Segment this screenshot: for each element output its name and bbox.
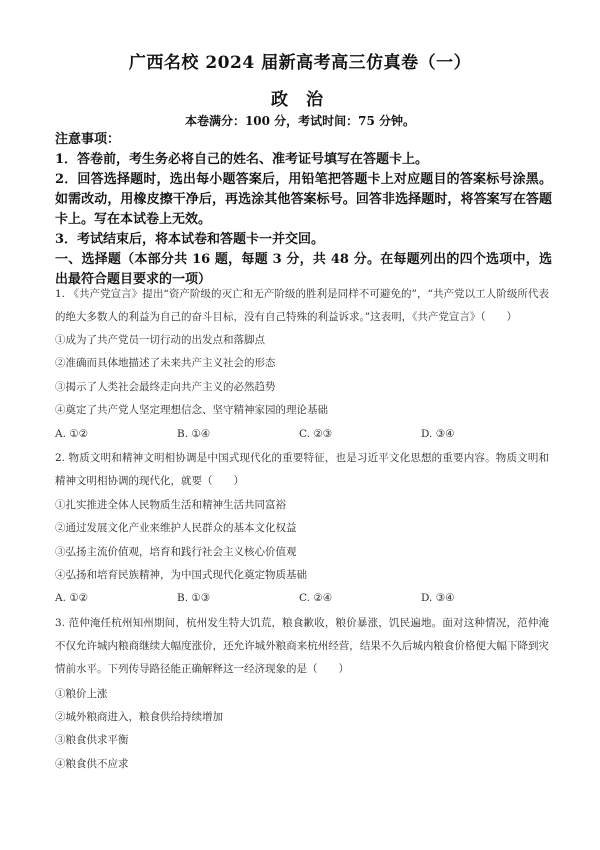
question-2-option-c[interactable]: C. ②④ <box>299 591 421 605</box>
question-2-stem: 2. 物质文明和精神文明相协调是中国式现代化的重要特征，也是习近平文化思想的重要… <box>55 447 549 493</box>
question-2-statement-1: ①扎实推进全体人民物质生活和精神生活共同富裕 <box>55 498 555 512</box>
question-1-option-c[interactable]: C. ②③ <box>299 427 421 441</box>
question-3-statement-1: ①粮价上涨 <box>55 687 555 701</box>
question-1-option-a[interactable]: A. ①② <box>55 427 177 441</box>
question-2-statement-4: ④弘扬和培育民族精神，为中国式现代化奠定物质基础 <box>55 568 555 582</box>
question-2-options: A. ①② B. ①③ C. ②④ D. ③④ <box>55 591 555 605</box>
exam-title: 广西名校 2024 届新高考高三仿真卷（一） <box>0 48 600 73</box>
question-2-statement-2: ②通过发展文化产业来维护人民群众的基本文化权益 <box>55 521 555 535</box>
question-2-option-a[interactable]: A. ①② <box>55 591 177 605</box>
note-item-2: 2．回答选择题时，选出每小题答案后，用铅笔把答题卡上对应题目的答案标号涂黑。如需… <box>55 170 552 230</box>
question-1-statement-1: ①成为了共产党员一切行动的出发点和落脚点 <box>55 333 555 347</box>
note-item-3: 3．考试结束后，将本试卷和答题卡一并交回。 <box>55 230 555 250</box>
question-1-statement-2: ②准确而具体地描述了未来共产主义社会的形态 <box>55 356 555 370</box>
question-1-statement-3: ③揭示了人类社会最终走向共产主义的必然趋势 <box>55 380 555 394</box>
note-item-1: 1．答卷前，考生务必将自己的姓名、准考证号填写在答题卡上。 <box>55 150 555 170</box>
exam-subject: 政 治 <box>0 85 600 110</box>
question-1-statement-4: ④奠定了共产党人坚定理想信念、坚守精神家园的理论基础 <box>55 403 555 417</box>
question-2-option-d[interactable]: D. ③④ <box>421 591 543 605</box>
question-2-statement-3: ③弘扬主流价值观，培育和践行社会主义核心价值观 <box>55 545 555 559</box>
exam-page: 广西名校 2024 届新高考高三仿真卷（一） 政 治 本卷满分：100 分，考试… <box>0 0 600 850</box>
question-3-statement-2: ②城外粮商进入，粮食供给持续增加 <box>55 710 555 724</box>
notes-heading: 注意事项： <box>55 130 555 150</box>
question-1-options: A. ①② B. ①④ C. ②③ D. ③④ <box>55 427 555 441</box>
question-3-statement-3: ③粮食供求平衡 <box>55 733 555 747</box>
question-1-option-d[interactable]: D. ③④ <box>421 427 543 441</box>
question-1-stem: 1. 《共产党宣言》提出“资产阶级的灭亡和无产阶级的胜利是同样不可避免的”，“共… <box>55 283 549 329</box>
question-3-statement-4: ④粮食供不应求 <box>55 757 555 771</box>
question-3-stem: 3. 范仲淹任杭州知州期间，杭州发生特大饥荒，粮食歉收，粮价暴涨，饥民遍地。面对… <box>55 612 549 681</box>
question-2-option-b[interactable]: B. ①③ <box>177 591 299 605</box>
question-1-option-b[interactable]: B. ①④ <box>177 427 299 441</box>
exam-meta: 本卷满分：100 分，考试时间：75 分钟。 <box>0 112 600 129</box>
